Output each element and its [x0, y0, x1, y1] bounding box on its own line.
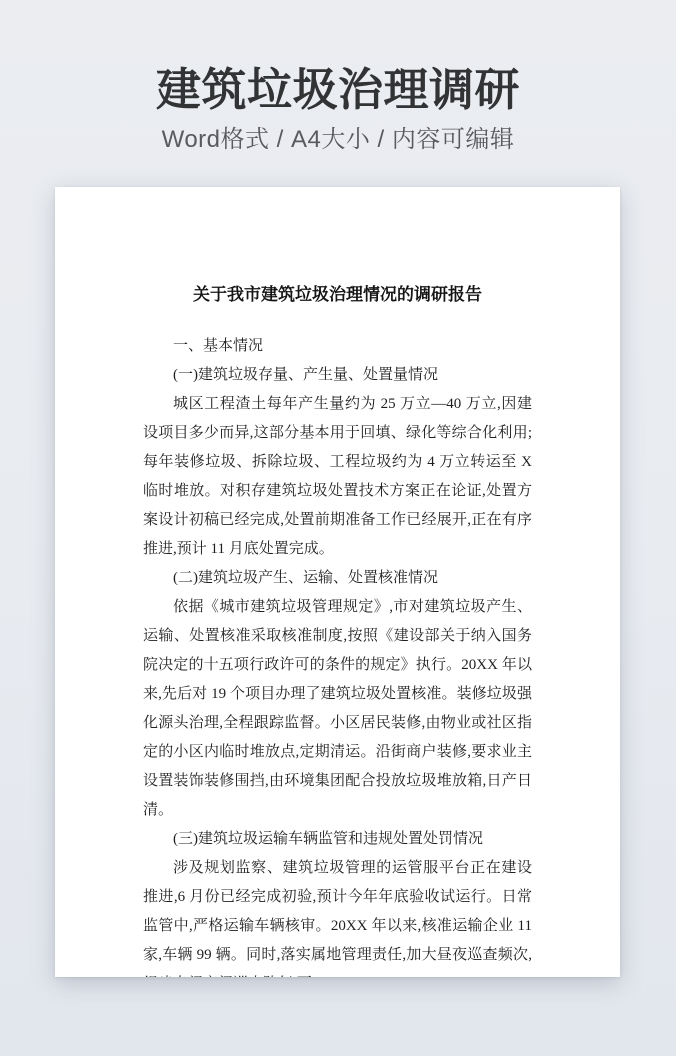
doc-subheading-1: (一)建筑垃圾存量、产生量、处置量情况 — [143, 361, 532, 390]
document-title: 关于我市建筑垃圾治理情况的调研报告 — [143, 284, 532, 306]
template-preview-page: { "banner": { "title": "建筑垃圾治理调研", "subt… — [0, 0, 676, 1056]
banner: 建筑垃圾治理调研 Word格式 / A4大小 / 内容可编辑 — [0, 0, 676, 154]
banner-title: 建筑垃圾治理调研 — [0, 64, 676, 116]
doc-paragraph-3: 涉及规划监察、建筑垃圾管理的运管服平台正在建设推进,6 月份已经完成初验,预计今… — [143, 854, 532, 977]
banner-subtitle: Word格式 / A4大小 / 内容可编辑 — [0, 126, 676, 154]
doc-subheading-3: (三)建筑垃圾运输车辆监管和违规处置处罚情况 — [143, 825, 532, 854]
document-page: 关于我市建筑垃圾治理情况的调研报告 一、基本情况 (一)建筑垃圾存量、产生量、处… — [55, 187, 620, 977]
doc-heading-basic-situation: 一、基本情况 — [143, 332, 532, 361]
doc-paragraph-1: 城区工程渣土每年产生量约为 25 万立—40 万立,因建设项目多少而异,这部分基… — [143, 390, 532, 564]
doc-paragraph-2: 依据《城市建筑垃圾管理规定》,市对建筑垃圾产生、运输、处置核准采取核准制度,按照… — [143, 593, 532, 825]
doc-subheading-2: (二)建筑垃圾产生、运输、处置核准情况 — [143, 564, 532, 593]
